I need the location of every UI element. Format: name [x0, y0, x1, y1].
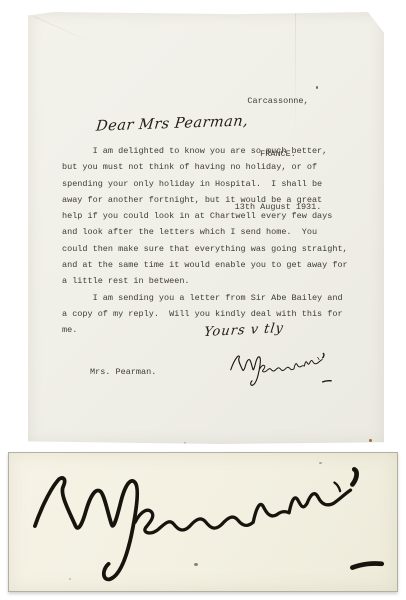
typed-line: and at the same time it would enable you… [62, 257, 362, 273]
signature-closeup-drawing [25, 458, 385, 595]
typed-line: but you must not think of having no holi… [62, 159, 362, 175]
paper-speck [316, 86, 318, 89]
letter-body: I am delighted to know you are so much b… [62, 143, 362, 339]
paper-crease [34, 16, 98, 45]
typed-line: I am sending you a letter from Sir Abe B… [62, 290, 362, 306]
typed-line: could then make sure that everything was… [62, 241, 362, 257]
typed-line: and look after the letters which I send … [62, 224, 362, 240]
letterhead-city: Carcassonne, [198, 93, 358, 111]
typed-line: spending your only holiday in Hospital. … [62, 176, 362, 192]
letter-photo: Carcassonne, FRANCE. 13th August 1931. D… [28, 12, 384, 444]
paper-speck [319, 462, 322, 464]
paper-speck [184, 442, 186, 444]
typed-line: away for another fortnight, but it would… [62, 192, 362, 208]
paper-speck [194, 563, 198, 566]
auction-photo-listing: Carcassonne, FRANCE. 13th August 1931. D… [0, 0, 406, 600]
typed-line: a copy of my reply. Will you kindly deal… [62, 306, 362, 322]
paper-speck [69, 578, 71, 580]
typed-line: help if you could look in at Chartwell e… [62, 208, 362, 224]
signature-closeup-photo [8, 452, 398, 592]
recipient-line: Mrs. Pearman. [90, 367, 156, 377]
signature-handwritten [228, 350, 332, 390]
typed-line: I am delighted to know you are so much b… [62, 143, 362, 159]
paper-speck [369, 439, 372, 442]
typed-line: a little rest in between. [62, 273, 362, 289]
